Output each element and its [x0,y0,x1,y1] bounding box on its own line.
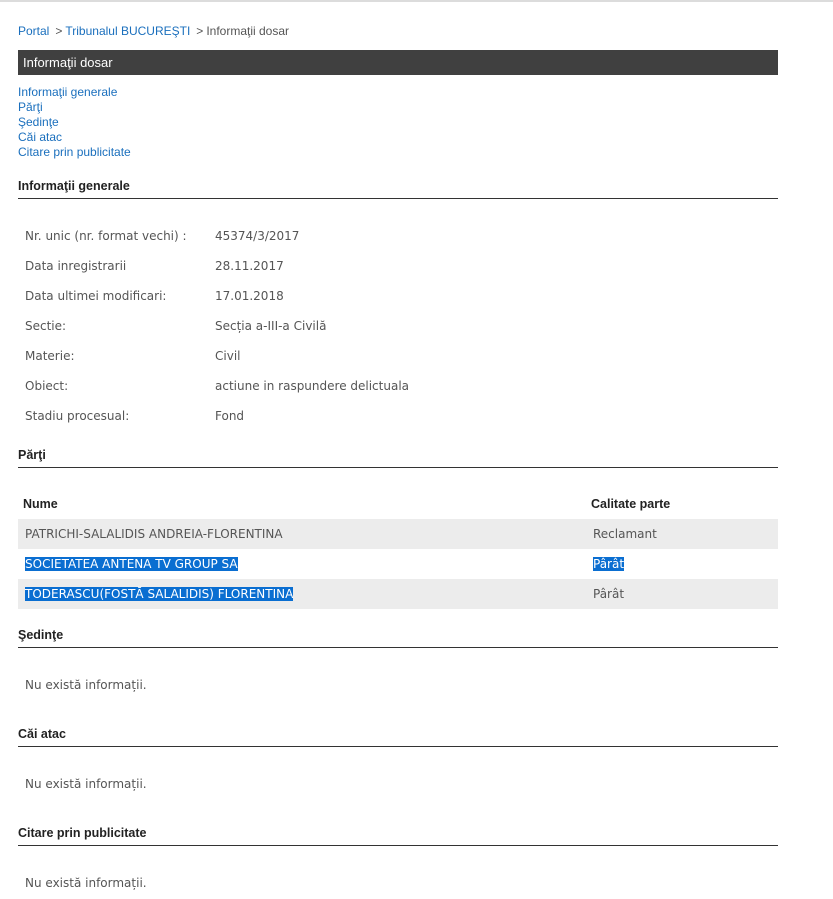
party-role-cell: Pârât [586,549,778,579]
section-heading-parti: Părţi [18,448,778,468]
toc-informatii-generale[interactable]: Informaţii generale [18,85,131,100]
cai-atac-empty-message: Nu există informații. [25,777,147,791]
party-name: PATRICHI-SALALIDIS ANDREIA-FLORENTINA [18,519,586,549]
field-value: 45374/3/2017 [215,229,299,243]
field-value: 17.01.2018 [215,289,284,303]
column-header-calitate: Calitate parte [586,489,778,519]
field-label: Sectie: [25,319,66,333]
table-row: SOCIETATEA ANTENA TV GROUP SA Pârât [18,549,778,579]
page-title: Informaţii dosar [18,50,778,75]
toc-sedinte[interactable]: Şedinţe [18,115,131,130]
field-label: Data inregistrarii [25,259,126,273]
party-role: Reclamant [586,519,778,549]
section-heading-citare: Citare prin publicitate [18,826,778,846]
party-name: SOCIETATEA ANTENA TV GROUP SA [25,557,238,571]
field-label: Data ultimei modificari: [25,289,166,303]
table-of-contents: Informaţii generale Părţi Şedinţe Căi at… [18,85,131,160]
parti-table: Nume Calitate parte PATRICHI-SALALIDIS A… [18,489,778,609]
toc-cai-atac[interactable]: Căi atac [18,130,131,145]
table-row: PATRICHI-SALALIDIS ANDREIA-FLORENTINA Re… [18,519,778,549]
section-heading-sedinte: Şedinţe [18,628,778,648]
field-value: Civil [215,349,240,363]
party-name: TODERASCU(FOSTĂ SALALIDIS) FLORENTINA [25,587,293,601]
field-value: actiune in raspundere delictuala [215,379,409,393]
breadcrumb-separator: > [55,24,62,38]
field-label: Materie: [25,349,75,363]
breadcrumb-current: Informaţii dosar [206,24,289,38]
section-heading-cai-atac: Căi atac [18,727,778,747]
toc-citare[interactable]: Citare prin publicitate [18,145,131,160]
field-value: Fond [215,409,244,423]
field-value: 28.11.2017 [215,259,284,273]
party-role: Pârât [593,557,624,571]
breadcrumb-separator: > [196,24,203,38]
sedinte-empty-message: Nu există informații. [25,678,147,692]
field-label: Obiect: [25,379,68,393]
breadcrumb-portal[interactable]: Portal [18,24,49,38]
section-heading-informatii-generale: Informaţii generale [18,179,778,199]
toc-parti[interactable]: Părţi [18,100,131,115]
party-name-cell: TODERASCU(FOSTĂ SALALIDIS) FLORENTINA [18,579,586,609]
breadcrumb-tribunal[interactable]: Tribunalul BUCUREŞTI [65,24,190,38]
citare-empty-message: Nu există informații. [25,876,147,890]
field-value: Secția a-III-a Civilă [215,319,326,333]
field-label: Stadiu procesual: [25,409,129,423]
table-row: TODERASCU(FOSTĂ SALALIDIS) FLORENTINA Pâ… [18,579,778,609]
field-label: Nr. unic (nr. format vechi) : [25,229,187,243]
party-name-cell: SOCIETATEA ANTENA TV GROUP SA [18,549,586,579]
breadcrumb: Portal>Tribunalul BUCUREŞTI>Informaţii d… [18,24,289,38]
table-header-row: Nume Calitate parte [18,489,778,519]
column-header-nume: Nume [18,489,586,519]
party-role: Pârât [586,579,778,609]
